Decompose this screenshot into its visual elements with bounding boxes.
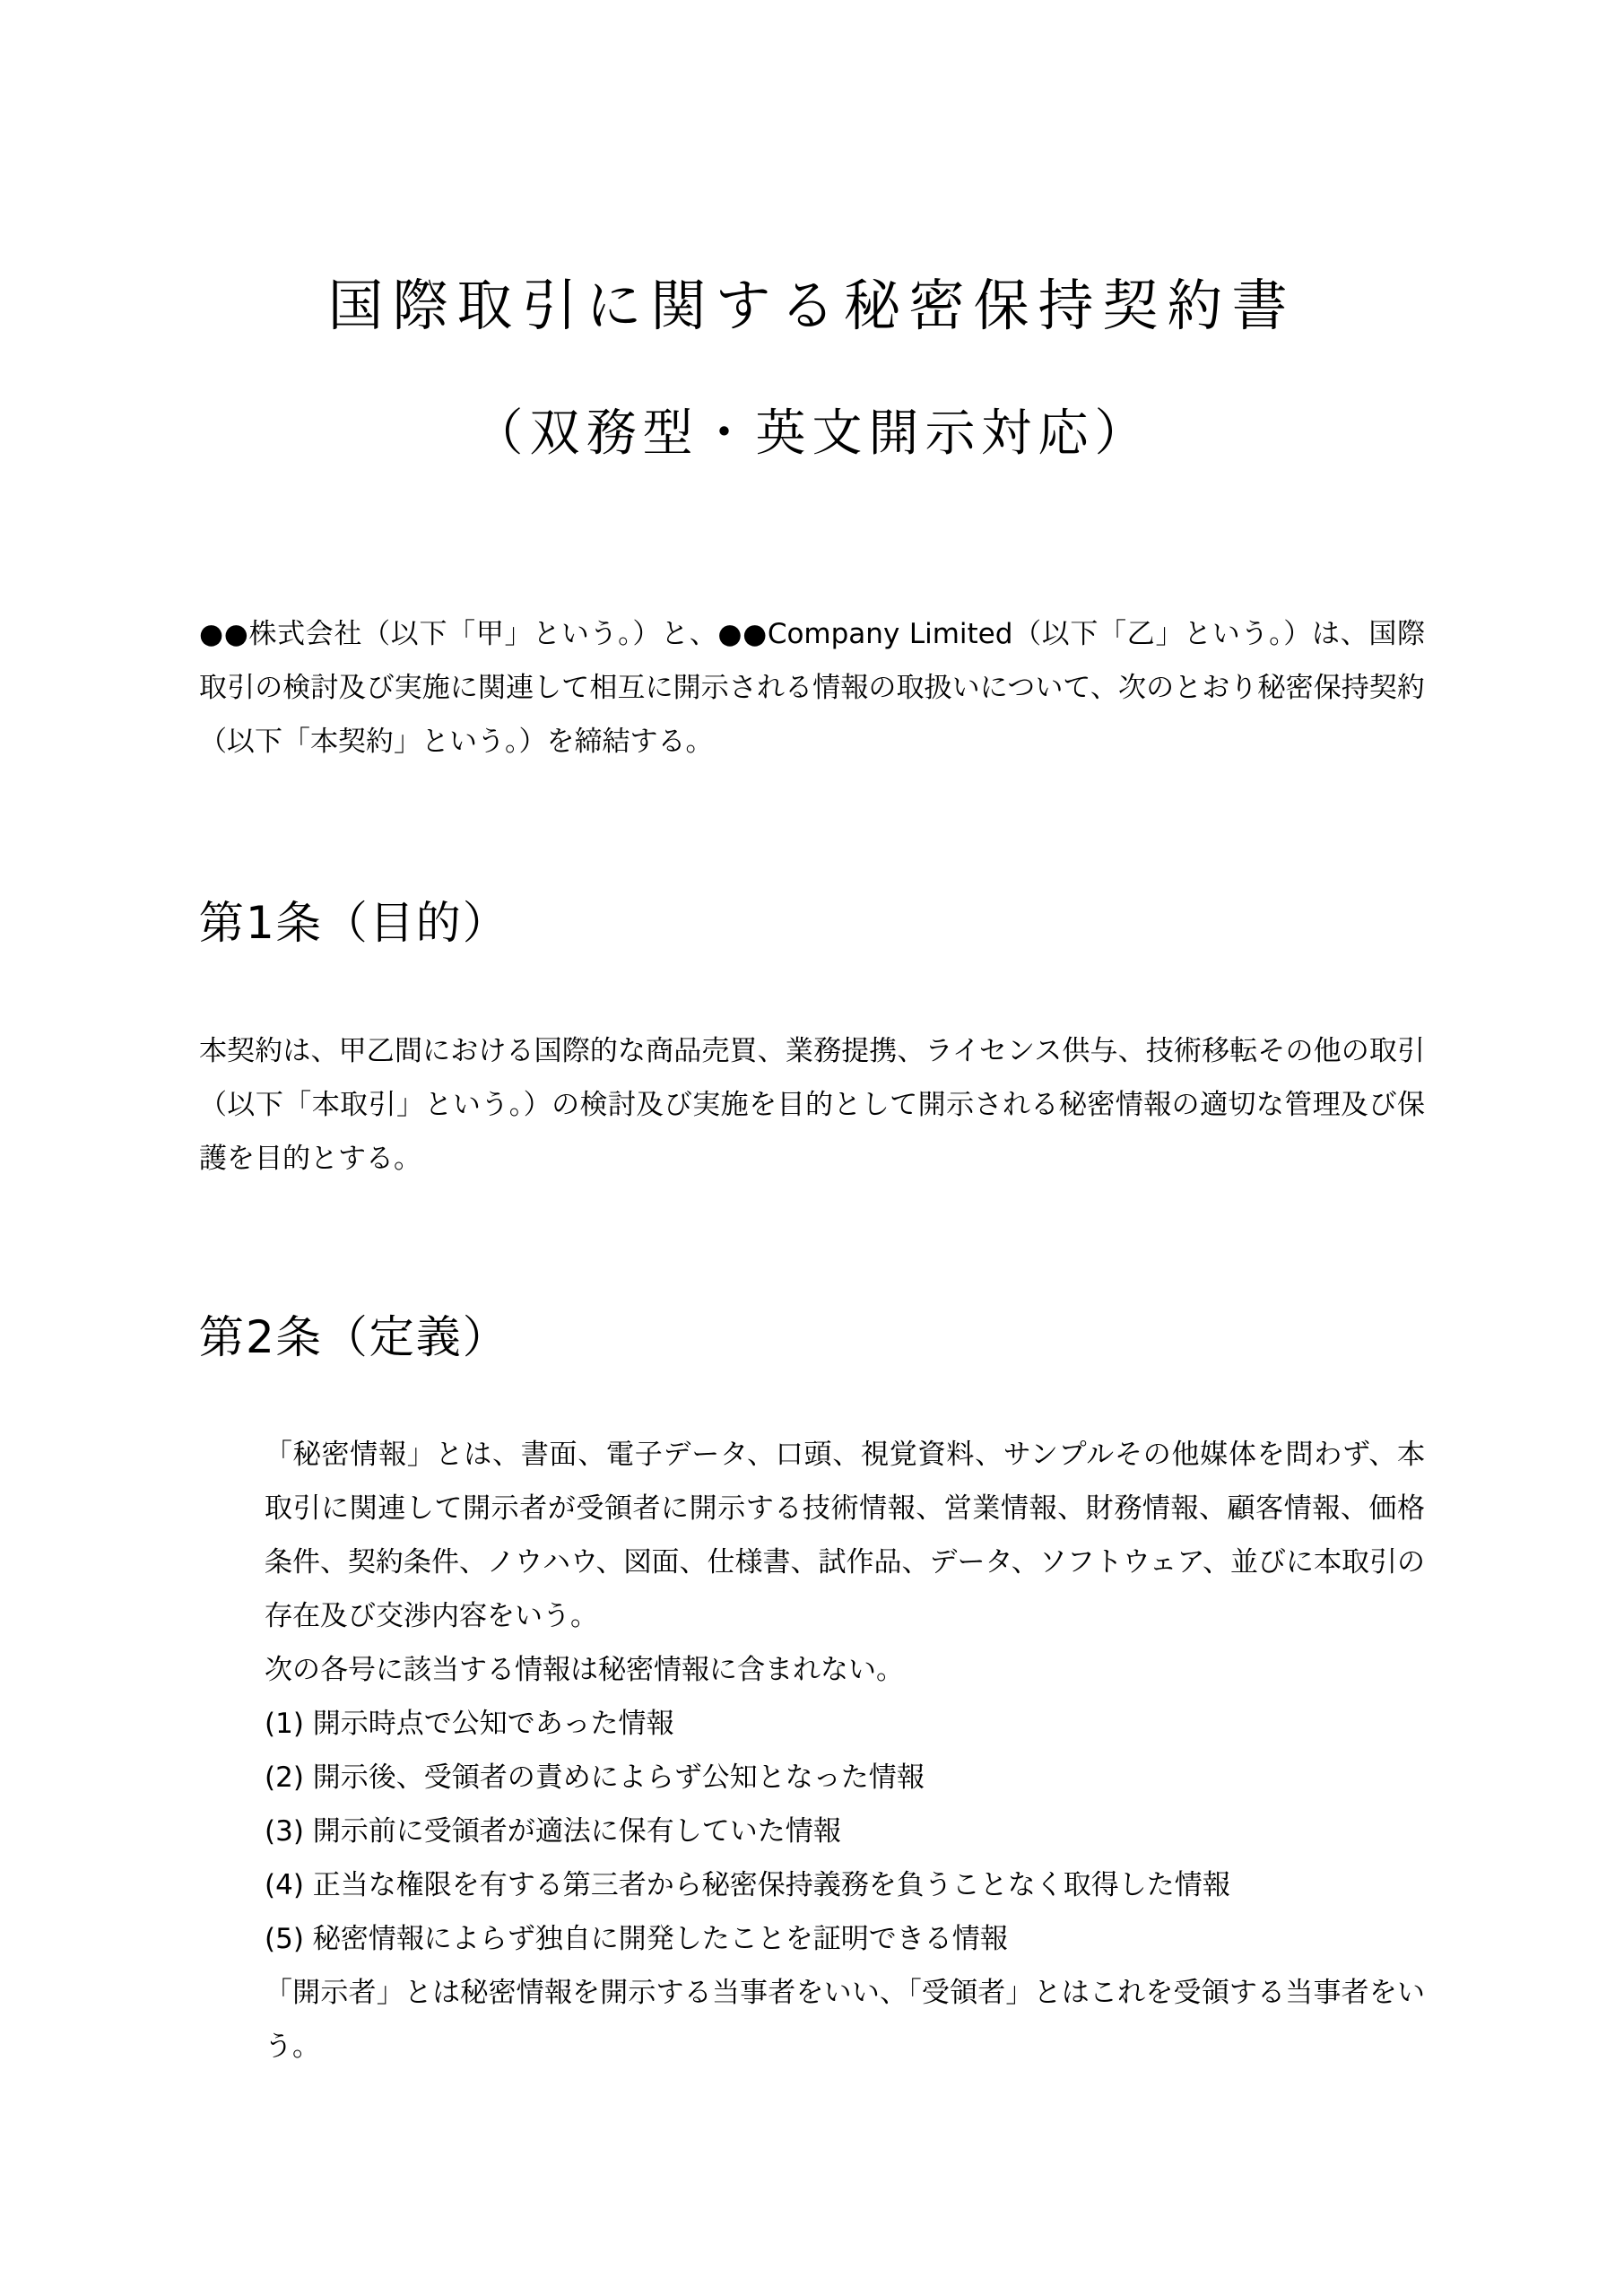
exclusion-item-3: (3) 開示前に受領者が適法に保有していた情報 (265, 1805, 1425, 1858)
article-2-body: 「秘密情報」とは、書面、電子データ、口頭、視覚資料、サンプルその他媒体を問わず、… (265, 1428, 1425, 2074)
exclusions-intro-line: 次の各号に該当する情報は秘密情報に含まれない。 (265, 1643, 1425, 1697)
parties-definition-paragraph: 「開示者」とは秘密情報を開示する当事者をいい、「受領者」とはこれを受領する当事者… (265, 1966, 1425, 2074)
exclusion-item-5: (5) 秘密情報によらず独自に開発したことを証明できる情報 (265, 1912, 1425, 1966)
document-subtitle: （双務型・英文開示対応） (199, 409, 1425, 459)
article-1-heading: 第1条（目的） (199, 899, 1425, 948)
document-title: 国際取引に関する秘密保持契約書 (199, 278, 1425, 334)
exclusion-item-2: (2) 開示後、受領者の責めによらず公知となった情報 (265, 1751, 1425, 1805)
document-page: 国際取引に関する秘密保持契約書 （双務型・英文開示対応） ●●株式会社（以下「甲… (0, 0, 1624, 2296)
preamble-paragraph: ●●株式会社（以下「甲」という。）と、●●Company Limited（以下「… (199, 607, 1425, 769)
exclusion-item-4: (4) 正当な権限を有する第三者から秘密保持義務を負うことなく取得した情報 (265, 1858, 1425, 1912)
definition-paragraph: 「秘密情報」とは、書面、電子データ、口頭、視覚資料、サンプルその他媒体を問わず、… (265, 1428, 1425, 1643)
article-2-heading: 第2条（定義） (199, 1313, 1425, 1362)
document-content: 国際取引に関する秘密保持契約書 （双務型・英文開示対応） ●●株式会社（以下「甲… (0, 0, 1624, 2074)
exclusion-item-1: (1) 開示時点で公知であった情報 (265, 1697, 1425, 1751)
article-1-body: 本契約は、甲乙間における国際的な商品売買、業務提携、ライセンス供与、技術移転その… (199, 1024, 1425, 1186)
